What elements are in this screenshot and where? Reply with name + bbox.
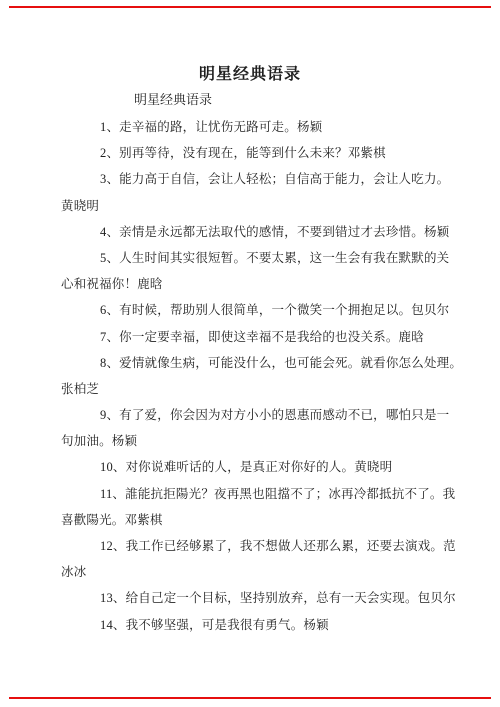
quote-line: 6、有时候，帮助别人很简单，一个微笑一个拥抱足以。包贝尔 <box>61 297 481 323</box>
quote-line: 黄晓明 <box>61 193 481 219</box>
quote-line: 5、人生时间其实很短暂。不要太累，这一生会有我在默默的关 <box>61 245 481 271</box>
quote-line: 句加油。杨颖 <box>61 428 481 454</box>
quote-line: 7、你一定要幸福，即使这幸福不是我给的也没关系。鹿晗 <box>61 324 481 350</box>
quote-line: 1、走辛福的路，让忧伤无路可走。杨颖 <box>61 114 481 140</box>
quote-line: 心和祝福你！鹿晗 <box>61 271 481 297</box>
quote-line: 4、亲情是永远都无法取代的感情，不要到错过才去珍惜。杨颖 <box>61 219 481 245</box>
document-page: 明星经典语录 明星经典语录 1、走辛福的路，让忧伤无路可走。杨颖2、别再等待，没… <box>0 0 500 707</box>
top-red-rule <box>9 6 491 8</box>
quote-line: 12、我工作已经够累了，我不想做人还那么累，还要去演戏。范 <box>61 533 481 559</box>
document-subtitle: 明星经典语录 <box>134 92 212 108</box>
quote-line: 13、给自己定一个目标，坚持别放弃，总有一天会实现。包贝尔 <box>61 585 481 611</box>
bottom-red-rule <box>9 697 491 699</box>
quote-line: 2、别再等待，没有现在，能等到什么未来？邓紫棋 <box>61 140 481 166</box>
quote-line: 喜歡陽光。邓紫棋 <box>61 507 481 533</box>
quote-line: 14、我不够坚强，可是我很有勇气。杨颖 <box>61 612 481 638</box>
quote-line: 10、对你说难听话的人，是真正对你好的人。黄晓明 <box>61 454 481 480</box>
quote-line: 8、爱情就像生病，可能没什么，也可能会死。就看你怎么处理。 <box>61 350 481 376</box>
quote-line: 冰冰 <box>61 559 481 585</box>
document-body: 1、走辛福的路，让忧伤无路可走。杨颖2、别再等待，没有现在，能等到什么未来？邓紫… <box>61 114 481 638</box>
quote-line: 9、有了爱，你会因为对方小小的恩惠而感动不已，哪怕只是一 <box>61 402 481 428</box>
page-title: 明星经典语录 <box>0 61 500 84</box>
quote-line: 张柏芝 <box>61 376 481 402</box>
quote-line: 3、能力高于自信，会让人轻松；自信高于能力，会让人吃力。 <box>61 166 481 192</box>
quote-line: 11、誰能抗拒陽光？夜再黑也阻擋不了；冰再冷都抵抗不了。我 <box>61 481 481 507</box>
